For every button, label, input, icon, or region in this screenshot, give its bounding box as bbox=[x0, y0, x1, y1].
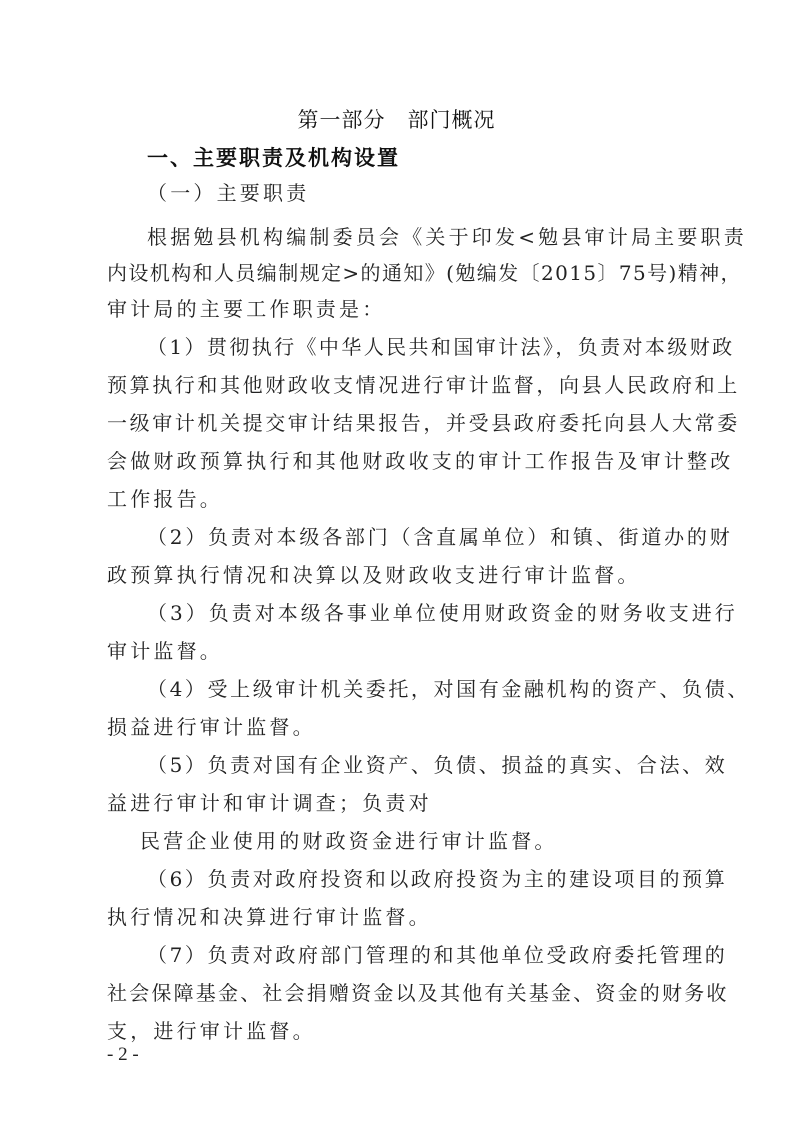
paragraph-line: 审计监督。 bbox=[107, 638, 697, 664]
document-page: 第一部分部门概况 一、主要职责及机构设置 （一）主要职责 根据勉县机构编制委员会… bbox=[0, 0, 793, 1122]
part-title: 第一部分部门概况 bbox=[0, 106, 793, 134]
paragraph-line: （2）负责对本级各部门（含直属单位）和镇、街道办的财 bbox=[147, 524, 737, 550]
paragraph-line: 政预算执行情况和决算以及财政收支进行审计监督。 bbox=[107, 562, 697, 588]
paragraph-line: （4）受上级审计机关委托，对国有金融机构的资产、负债、 bbox=[147, 676, 737, 702]
subsection-heading: （一）主要职责 bbox=[147, 180, 737, 206]
paragraph-line: 益进行审计和审计调查；负责对 bbox=[107, 790, 697, 816]
paragraph-line: 执行情况和决算进行审计监督。 bbox=[107, 904, 697, 930]
paragraph-line: 一级审计机关提交审计结果报告，并受县政府委托向县人大常委 bbox=[107, 410, 697, 436]
paragraph-line: 损益进行审计监督。 bbox=[107, 714, 697, 740]
paragraph-line: 会做财政预算执行和其他财政收支的审计工作报告及审计整改 bbox=[107, 448, 697, 474]
section-heading: 一、主要职责及机构设置 bbox=[147, 144, 400, 172]
paragraph-line: 工作报告。 bbox=[107, 486, 697, 512]
paragraph-line: 社会保障基金、社会捐赠资金以及其他有关基金、资金的财务收 bbox=[107, 980, 697, 1006]
paragraph-line: 支，进行审计监督。 bbox=[107, 1018, 697, 1044]
paragraph-line: 审计局的主要工作职责是： bbox=[107, 296, 697, 322]
part-title-number: 第一部分 bbox=[298, 108, 386, 132]
paragraph-line: 民营企业使用的财政资金进行审计监督。 bbox=[140, 828, 730, 854]
paragraph-line: （5）负责对国有企业资产、负债、损益的真实、合法、效 bbox=[147, 752, 737, 778]
paragraph-line: （1）贯彻执行《中华人民共和国审计法》，负责对本级财政 bbox=[147, 334, 737, 360]
paragraph-line: 根据勉县机构编制委员会《关于印发<勉县审计局主要职责 bbox=[147, 224, 737, 250]
paragraph-line: （7）负责对政府部门管理的和其他单位受政府委托管理的 bbox=[147, 942, 737, 968]
paragraph-line: 预算执行和其他财政收支情况进行审计监督，向县人民政府和上 bbox=[107, 372, 697, 398]
part-title-name: 部门概况 bbox=[408, 108, 496, 132]
page-number: - 2 - bbox=[107, 1044, 139, 1066]
paragraph-line: （3）负责对本级各事业单位使用财政资金的财务收支进行 bbox=[147, 600, 737, 626]
paragraph-line: （6）负责对政府投资和以政府投资为主的建设项目的预算 bbox=[147, 866, 737, 892]
paragraph-line: 内设机构和人员编制规定>的通知》(勉编发〔2015〕75号)精神， bbox=[107, 260, 697, 286]
